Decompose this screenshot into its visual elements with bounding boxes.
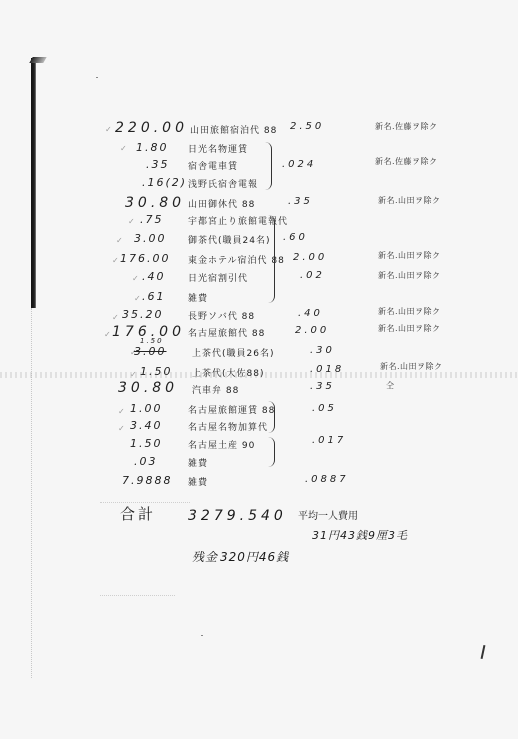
per-person: .35 <box>288 196 313 207</box>
description: 雑費 <box>188 475 208 488</box>
note: 新名.山田ヲ除ク <box>378 195 441 206</box>
amount: .61 <box>142 290 166 303</box>
group-brace <box>268 215 275 303</box>
balance-value: 320円46銭 <box>220 548 289 565</box>
total-value: 3279.540 <box>188 508 287 524</box>
group-brace <box>268 401 275 433</box>
check-mark: ✓ <box>112 256 119 265</box>
per-person: .60 <box>283 232 308 243</box>
scan-mark <box>481 645 486 659</box>
description: 日光宿割引代 <box>188 271 248 284</box>
amount: 176.00 <box>120 252 171 265</box>
balance-label: 残金 <box>192 548 218 565</box>
check-mark: ✓ <box>120 144 127 153</box>
per-person: .30 <box>310 345 335 356</box>
description: 汽車弁 88 <box>192 383 239 396</box>
note: 新名.山田ヲ除ク <box>380 361 443 372</box>
amount: 1.00 <box>130 402 163 415</box>
amount: 35.20 <box>122 308 164 321</box>
note: 新名.山田ヲ除ク <box>378 250 441 261</box>
note: 新名.佐藤ヲ除ク <box>375 156 438 167</box>
description: 名古屋土産 90 <box>188 438 255 451</box>
scan-speck <box>96 77 98 78</box>
amount: .16(2) <box>142 176 187 189</box>
total-label: 合計 <box>120 503 156 524</box>
group-brace <box>268 437 275 467</box>
per-person: .024 <box>282 159 316 170</box>
note: 新名.山田ヲ除ク <box>378 270 441 281</box>
description: 浅野氏宿舎電報 <box>188 177 258 190</box>
description: 山田御休代 88 <box>188 197 255 210</box>
check-mark: ✓ <box>105 125 112 134</box>
amount: .75 <box>140 213 164 226</box>
description: 名古屋名物加算代 <box>188 420 268 433</box>
scanned-page: ✓ 220.00 山田旅館宿泊代 88 2.50 新名.佐藤ヲ除ク ✓ 1.80… <box>0 0 518 739</box>
per-person: .0887 <box>305 474 349 485</box>
note: 新名.佐藤ヲ除ク <box>375 121 438 132</box>
check-mark: ✓ <box>134 294 141 303</box>
scan-speck <box>201 635 203 636</box>
average-label: 平均一人費用 <box>298 507 358 522</box>
amount-correction: 1.50 <box>140 337 164 345</box>
check-mark: ✓ <box>128 217 135 226</box>
amount: .40 <box>142 270 166 283</box>
per-person: .017 <box>312 435 346 446</box>
per-person: 2.00 <box>293 252 327 263</box>
check-mark: ✓ <box>118 407 125 416</box>
description: 長野ソバ代 88 <box>188 309 255 322</box>
check-mark: ✓ <box>104 330 111 339</box>
amount: 7.9888 <box>122 474 173 487</box>
per-person: .018 <box>310 364 344 375</box>
check-mark: ✓ <box>112 313 119 322</box>
divider <box>100 595 175 596</box>
note: 新名.山田ヲ除ク <box>378 306 441 317</box>
description: 名古屋旅館運賃 88 <box>188 403 275 416</box>
amount: 1.80 <box>136 141 169 154</box>
check-mark: ✓ <box>130 370 137 379</box>
description: 宿舎電車賃 <box>188 159 238 172</box>
check-mark: ✓ <box>132 274 139 283</box>
amount: 1.50 <box>140 365 173 378</box>
description: 上茶代(職員26名) <box>192 346 274 359</box>
description: 雑費 <box>188 456 208 469</box>
per-person: 2.50 <box>290 121 324 132</box>
binding-edge-shadow <box>31 58 36 308</box>
amount: .03 <box>134 455 158 468</box>
amount: 30.80 <box>118 380 178 396</box>
per-person: .05 <box>312 403 337 414</box>
amount: .35 <box>146 158 170 171</box>
per-person: 2.00 <box>295 325 329 336</box>
description: 名古屋旅館代 88 <box>188 326 265 339</box>
description: 日光名物運賃 <box>188 142 248 155</box>
description: 御茶代(職員24名) <box>188 233 270 246</box>
group-brace <box>265 142 272 190</box>
description: 上茶代(大佐88) <box>192 366 264 379</box>
amount: 3.40 <box>130 419 163 432</box>
check-mark: ✓ <box>116 236 123 245</box>
description: 山田旅館宿泊代 88 <box>190 123 277 136</box>
amount: 220.00 <box>115 120 188 136</box>
description: 雑費 <box>188 291 208 304</box>
per-person: .02 <box>300 270 325 281</box>
binding-edge-faint <box>31 308 33 678</box>
amount: 1.50 <box>130 437 163 450</box>
binding-edge-corner <box>29 57 46 63</box>
check-mark: ✓ <box>118 424 125 433</box>
note: 仝 <box>386 380 395 391</box>
amount-struck: 3.00 <box>134 345 167 358</box>
amount: 30.80 <box>125 195 185 211</box>
note: 新名.山田ヲ除ク <box>378 323 441 334</box>
per-person: .40 <box>298 308 323 319</box>
amount: 3.00 <box>134 232 167 245</box>
per-person: .35 <box>310 381 335 392</box>
average-value: 31円43銭9厘3毛 <box>312 527 408 543</box>
